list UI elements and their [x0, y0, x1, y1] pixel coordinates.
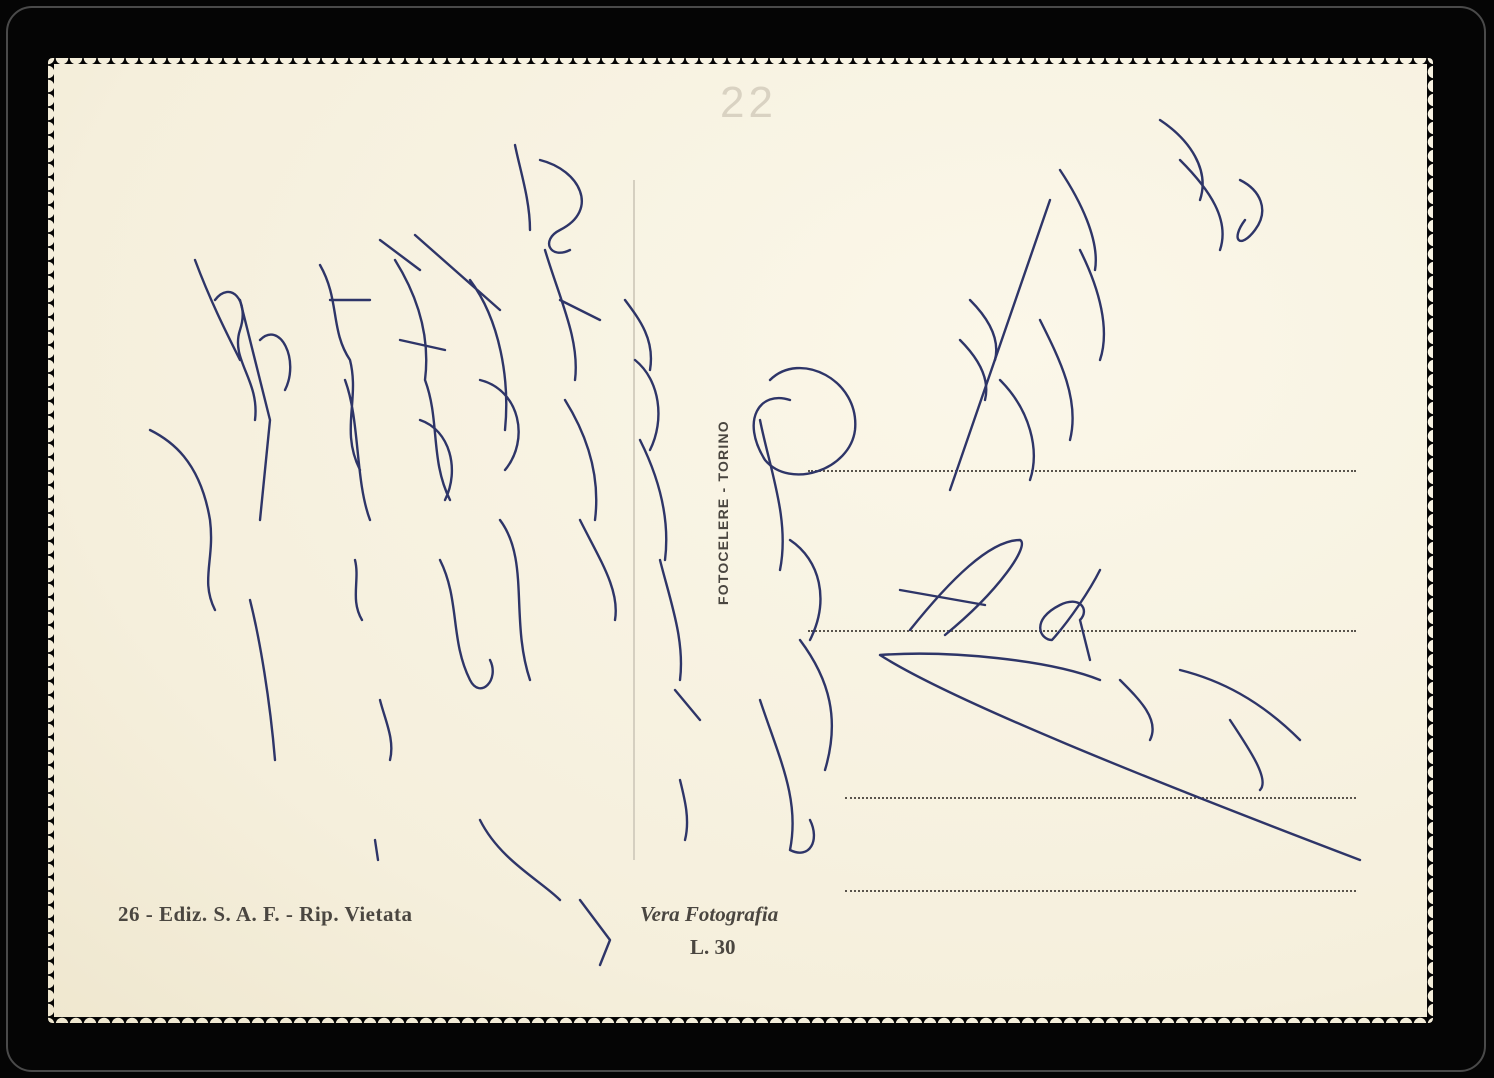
signature-5 — [515, 145, 616, 620]
signature-6 — [625, 300, 700, 840]
signature-7 — [754, 368, 856, 853]
signature-2 — [320, 265, 370, 620]
signature-10 — [960, 300, 996, 400]
signature-3 — [380, 240, 493, 688]
signature-9-a-initial — [880, 540, 1360, 860]
autographs — [0, 0, 1494, 1078]
signature-1 — [150, 260, 290, 760]
signature-8 — [950, 120, 1262, 490]
